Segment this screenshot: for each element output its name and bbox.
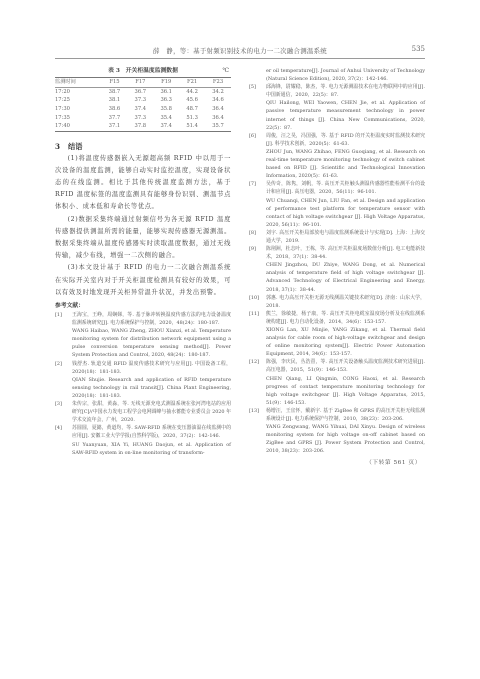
reference-en: YANG Zengwang, WANG Yihuai, DAI Xinyu. D… — [266, 423, 425, 455]
reference-cn: 陈强，李庆民，丛浩熹，等. 高压开关设备触头温度监测技术研究进展[J]. 高压电… — [266, 359, 425, 373]
reference-index: [8] — [249, 229, 256, 237]
reference-index: [11] — [249, 310, 259, 318]
column-header: 监测时间 — [55, 78, 102, 88]
reference-en: QIAN Shujie. Research and application of… — [72, 376, 231, 400]
table-title: 表 3 开关柜温度监测数据 — [108, 68, 178, 74]
table-cell: 45.6 — [179, 96, 205, 105]
table-row: 17:20 38.7 36.7 36.1 44.2 34.2 — [55, 87, 231, 96]
reference-item: [8] 刘宇. 高压开关柜局部放电与温度监测系统设计与实现[D]. 上海：上海交… — [249, 229, 425, 245]
table-cell: 44.2 — [179, 87, 205, 96]
reference-item: [13] 杨增汪，王宜怀，戴新宇. 基于 ZigBee 和 GPRS 的高压开关… — [249, 407, 425, 456]
table-cell: 38.1 — [102, 96, 128, 105]
running-header: 薛 静，等：基于射频识别技术的电力一二次融合测温系统 535 — [55, 42, 425, 59]
reference-item: [1] 王海宝，王峥，周娴娣，等. 基于脉冲转换温度传感方法的电力设备温度监测系… — [55, 311, 231, 360]
reference-item: [7] 吴传奇，陈隽，刘帆，等. 高压开关柜触头测温传感器性能检测平台的设计和应… — [249, 180, 425, 229]
reference-cn: 王海宝，王峥，周娴娣，等. 基于脉冲转换温度传感方法的电力设备温度监测系统研究[… — [72, 312, 231, 326]
reference-en: WANG Haibao, WANG Zheng, ZHOU Xianzi, et… — [72, 327, 231, 359]
table-header-row: 监测时间 F15 F17 F19 F21 F23 — [55, 78, 231, 88]
reference-en: WU Chuanqi, CHEN Jun, LIU Fan, et al. De… — [266, 197, 425, 229]
section-number: 3 — [55, 142, 60, 151]
reference-cn: 周俊，汪之昊，冯国强，等. 基于 RFID 的开关柜温度实时监测技术研究[J].… — [266, 133, 425, 147]
table-cell: 36.3 — [153, 96, 179, 105]
reference-item: [9] 陈荆洲，杜志叶，王栋，等. 高压开关柜温度场数值分析[J]. 电工电能新… — [249, 245, 425, 294]
table-caption: 表 3 开关柜温度监测数据 ℃ — [55, 67, 231, 77]
table-row: 17:25 38.1 37.3 36.3 45.6 34.6 — [55, 96, 231, 105]
reference-cn: 郭惠. 电力高压开关柜无源无线测温关键技术研究[D]. 济南：山东大学，2018… — [266, 295, 425, 309]
reference-item: [10] 郭惠. 电力高压开关柜无源无线测温关键技术研究[D]. 济南：山东大学… — [249, 294, 425, 310]
reference-cn: 朱传宗，张甜，黄淼，等. 无线无源充电式测温系统在张河湾电站的应用研究[C]//… — [72, 401, 231, 423]
temperature-table: 监测时间 F15 F17 F19 F21 F23 17:20 38.7 36.7… — [55, 77, 231, 132]
table-cell: 36.7 — [127, 87, 153, 96]
table-unit: ℃ — [223, 67, 230, 75]
table-cell: 37.4 — [127, 105, 153, 114]
table-cell: 37.8 — [127, 122, 153, 131]
reference-item: [2] 钱舒杰. 轨道交通 RFID 温度传感技术研究与应用[J]. 中国设备工… — [55, 360, 231, 400]
table-cell: 17:30 — [55, 105, 102, 114]
column-header: F23 — [205, 78, 231, 88]
conclusion-paragraph: (3)本文设计基于 RFID 的电力一二次融合测温系统在实际开关室内对于开关柜温… — [55, 262, 231, 299]
table-row: 17:40 37.1 37.8 37.4 51.4 35.7 — [55, 122, 231, 131]
table-cell: 17:35 — [55, 113, 102, 122]
references-heading: 参考文献： — [55, 301, 231, 311]
table-row: 17:30 38.6 37.4 35.8 48.7 36.4 — [55, 105, 231, 114]
reference-en: er oil temperature[J]. Journal of Anhui … — [266, 68, 425, 82]
reference-continuation: er oil temperature[J]. Journal of Anhui … — [249, 67, 425, 83]
table-cell: 37.3 — [127, 96, 153, 105]
reference-en: ZHOU Jun, WANG Zhihao, FENG Guoqiang, et… — [266, 148, 425, 180]
reference-item: [6] 周俊，汪之昊，冯国强，等. 基于 RFID 的开关柜温度实时监测技术研究… — [249, 132, 425, 181]
reference-cn: 杨增汪，王宜怀，戴新宇. 基于 ZigBee 和 GPRS 的高压开关柜无线监测… — [266, 408, 425, 422]
reference-index: [7] — [249, 180, 256, 188]
reference-item: [11] 熊兰，徐敏捷，杨子康，等. 高压开关柜电缆室温度场分析及在线监测系统构… — [249, 310, 425, 359]
reference-cn: 钱舒杰. 轨道交通 RFID 温度传感技术研究与应用[J]. 中国设备工程，20… — [72, 361, 231, 375]
reference-index: [9] — [249, 245, 256, 253]
continued-note: （下转第 561 页） — [249, 459, 425, 467]
table-cell: 35.7 — [205, 122, 231, 131]
table-cell: 36.4 — [205, 105, 231, 114]
table-cell: 35.8 — [153, 105, 179, 114]
table-cell: 51.4 — [179, 122, 205, 131]
left-column: 表 3 开关柜温度监测数据 ℃ 监测时间 F15 F17 F19 F21 F23… — [55, 67, 231, 457]
table-cell: 34.2 — [205, 87, 231, 96]
reference-item: [5] 邱海锋，尉耀稳，陈杰，等. 电力无源测温技术在电力物联网中的应用[J].… — [249, 83, 425, 132]
table-cell: 36.4 — [205, 113, 231, 122]
running-title: 薛 静，等：基于射频识别技术的电力一二次融合测温系统 — [55, 46, 425, 55]
table-cell: 37.3 — [127, 113, 153, 122]
column-header: F21 — [179, 78, 205, 88]
reference-item: [3] 朱传宗，张甜，黄淼，等. 无线无源充电式测温系统在张河湾电站的应用研究[… — [55, 400, 231, 424]
table-cell: 38.7 — [102, 87, 128, 96]
table-cell: 37.4 — [153, 122, 179, 131]
table-cell: 34.6 — [205, 96, 231, 105]
reference-cn: 邱海锋，尉耀稳，陈杰，等. 电力无源测温技术在电力物联网中的应用[J]. 中国新… — [266, 84, 425, 98]
reference-cn: 熊兰，徐敏捷，杨子康，等. 高压开关柜电缆室温度场分析及在线监测系统构建[J].… — [266, 311, 425, 325]
reference-index: [3] — [55, 400, 62, 408]
reference-index: [10] — [249, 294, 259, 302]
table-cell: 35.4 — [153, 113, 179, 122]
reference-en: CHEN Qiang, LI Qingmin, CONG Haoxi, et a… — [266, 375, 425, 407]
reference-en: XIONG Lan, XU Minjie, YANG Zikang, et al… — [266, 326, 425, 358]
reference-index: [12] — [249, 358, 259, 366]
reference-cn: 陈荆洲，杜志叶，王栋，等. 高压开关柜温度场数值分析[J]. 电工电能新技术，2… — [266, 246, 425, 260]
page-number: 535 — [412, 45, 425, 53]
reference-index: [2] — [55, 360, 62, 368]
reference-en: CHEN Jingzhou, DU Zhiye, WANG Dong, et a… — [266, 261, 425, 293]
reference-en: QIU Hailong, WEI Yaowen, CHEN Jie, et al… — [266, 99, 425, 131]
reference-cn: 刘宇. 高压开关柜局部放电与温度监测系统设计与实现[D]. 上海：上海交通大学，… — [266, 230, 425, 244]
reference-cn: 吴传奇，陈隽，刘帆，等. 高压开关柜触头测温传感器性能检测平台的设计和应用[J]… — [266, 181, 425, 195]
column-header: F17 — [127, 78, 153, 88]
table-cell: 17:40 — [55, 122, 102, 131]
table-cell: 17:25 — [55, 96, 102, 105]
section-title: 结语 — [68, 142, 82, 151]
reference-cn: 苏圆圆，夏懿，黄道均，等. SAW-RFID 系统在变压器油温在线监测中的应用[… — [72, 425, 231, 439]
table-cell: 17:20 — [55, 87, 102, 96]
table-cell: 37.7 — [102, 113, 128, 122]
table-cell: 37.1 — [102, 122, 128, 131]
table-cell: 38.6 — [102, 105, 128, 114]
table-cell: 51.3 — [179, 113, 205, 122]
right-column: er oil temperature[J]. Journal of Anhui … — [249, 67, 425, 467]
conclusion-paragraph: (1)将温度传感器嵌入无源超高频 RFID 中以用于一次设备的温度监测，能够自动… — [55, 153, 231, 214]
reference-index: [13] — [249, 407, 259, 415]
reference-index: [6] — [249, 132, 256, 140]
reference-index: [5] — [249, 83, 256, 91]
table-row: 17:35 37.7 37.3 35.4 51.3 36.4 — [55, 113, 231, 122]
reference-item: [4] 苏圆圆，夏懿，黄道均，等. SAW-RFID 系统在变压器油温在线监测中… — [55, 424, 231, 456]
reference-en: SU Yuanyuan, XIA Yi, HUANG Daojun, et al… — [72, 441, 231, 457]
reference-item: [12] 陈强，李庆民，丛浩熹，等. 高压开关设备触头温度监测技术研究进展[J]… — [249, 358, 425, 407]
table-cell: 36.1 — [153, 87, 179, 96]
column-header: F15 — [102, 78, 128, 88]
reference-index: [1] — [55, 311, 62, 319]
column-header: F19 — [153, 78, 179, 88]
reference-index: [4] — [55, 424, 62, 432]
table-cell: 48.7 — [179, 105, 205, 114]
section-heading: 3结语 — [55, 141, 231, 153]
conclusion-paragraph: (2)数据采集终端通过射频信号为各无源 RFID 温度传感器提供测温所需的能量，… — [55, 214, 231, 263]
